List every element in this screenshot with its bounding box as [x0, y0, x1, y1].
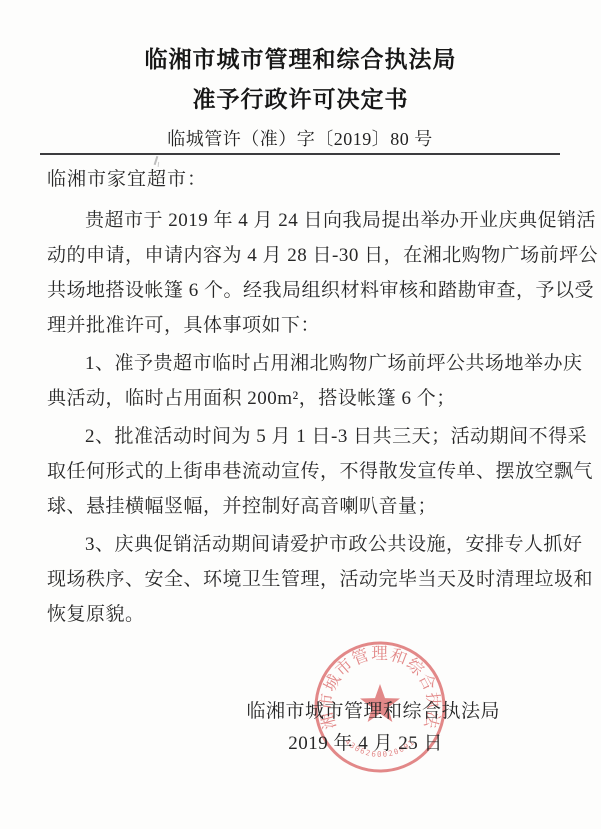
- paragraph-line: 典活动，临时占用面积 200m²，搭设帐篷 6 个；: [47, 381, 553, 416]
- paragraph-line: 2、批准活动时间为 5 月 1 日-3 日共三天；活动期间不得采: [47, 419, 553, 454]
- paragraph-line: 1、准予贵超市临时占用湘北购物广场前坪公共场地举办庆: [47, 346, 553, 381]
- signature-date-line: 2019 年 4 月 25 日: [0, 728, 500, 760]
- scan-pencil-mark-artifact: [154, 156, 159, 165]
- signature-org-line: 临湘市城市管理和综合执法局: [0, 696, 500, 728]
- document-page: 临湘市城市管理和综合执法局 准予行政许可决定书 临城管许（准）字〔2019〕80…: [0, 0, 601, 829]
- paragraph-line: 理并批准许可，具体事项如下：: [47, 308, 553, 343]
- paragraph: 2、批准活动时间为 5 月 1 日-3 日共三天；活动期间不得采取任何形式的上街…: [47, 419, 553, 524]
- paragraph-line: 贵超市于 2019 年 4 月 24 日向我局提出举办开业庆典促销活: [47, 203, 553, 238]
- paragraph: 1、准予贵超市临时占用湘北购物广场前坪公共场地举办庆典活动，临时占用面积 200…: [47, 346, 553, 416]
- paragraph: 贵超市于 2019 年 4 月 24 日向我局提出举办开业庆典促销活动的申请，申…: [47, 203, 553, 343]
- document-body: 临湘市家宜超市： 贵超市于 2019 年 4 月 24 日向我局提出举办开业庆典…: [47, 162, 553, 635]
- document-title: 临湘市城市管理和综合执法局 准予行政许可决定书: [0, 40, 601, 120]
- title-line-2: 准予行政许可决定书: [0, 80, 601, 120]
- paragraph-line: 3、庆典促销活动期间请爱护市政公共设施，安排专人抓好: [47, 527, 553, 562]
- paragraph-line: 取任何形式的上街串巷流动宣传，不得散发宣传单、摆放空飘气: [47, 454, 553, 489]
- title-line-1: 临湘市城市管理和综合执法局: [0, 40, 601, 80]
- paragraphs-container: 贵超市于 2019 年 4 月 24 日向我局提出举办开业庆典促销活动的申请，申…: [47, 203, 553, 632]
- recipient-line: 临湘市家宜超市：: [47, 162, 553, 197]
- paragraph-line: 球、悬挂横幅竖幅，并控制好高音喇叭音量；: [47, 489, 553, 524]
- signature-block: 临湘市城市管理和综合执法局 2019 年 4 月 25 日: [0, 696, 500, 760]
- paragraph-line: 动的申请，申请内容为 4 月 28 日-30 日，在湘北购物广场前坪公: [47, 238, 553, 273]
- paragraph-line: 共场地搭设帐篷 6 个。经我局组织材料审核和踏勘审查，予以受: [47, 273, 553, 308]
- paragraph-line: 恢复原貌。: [47, 597, 553, 632]
- paragraph: 3、庆典促销活动期间请爱护市政公共设施，安排专人抓好现场秩序、安全、环境卫生管理…: [47, 527, 553, 632]
- paragraph-line: 现场秩序、安全、环境卫生管理，活动完毕当天及时清理垃圾和: [47, 562, 553, 597]
- document-number: 临城管许（准）字〔2019〕80 号: [40, 128, 560, 155]
